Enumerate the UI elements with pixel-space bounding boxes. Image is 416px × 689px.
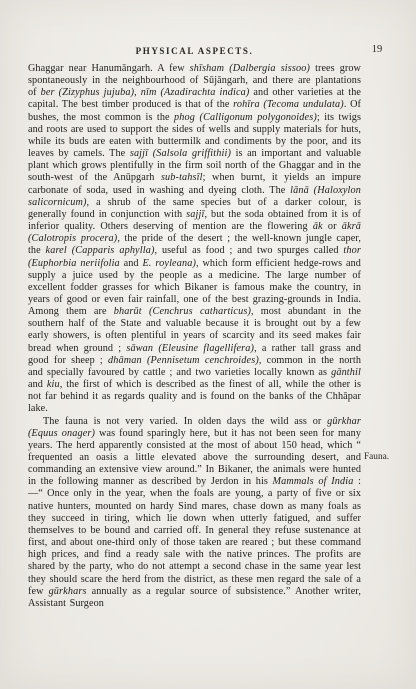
book-page: PHYSICAL ASPECTS. 19 Ghaggar near Hanumā… <box>0 0 416 689</box>
margin-note-fauna: Fauna. <box>364 452 412 462</box>
page-text: Ghaggar near Hanumāngarh. A few shīsham … <box>28 63 361 610</box>
paragraph: The fauna is not very varied. In olden d… <box>28 416 361 611</box>
paragraph: Ghaggar near Hanumāngarh. A few shīsham … <box>28 63 361 416</box>
running-header: PHYSICAL ASPECTS. <box>28 46 361 56</box>
page-number: 19 <box>362 44 392 55</box>
